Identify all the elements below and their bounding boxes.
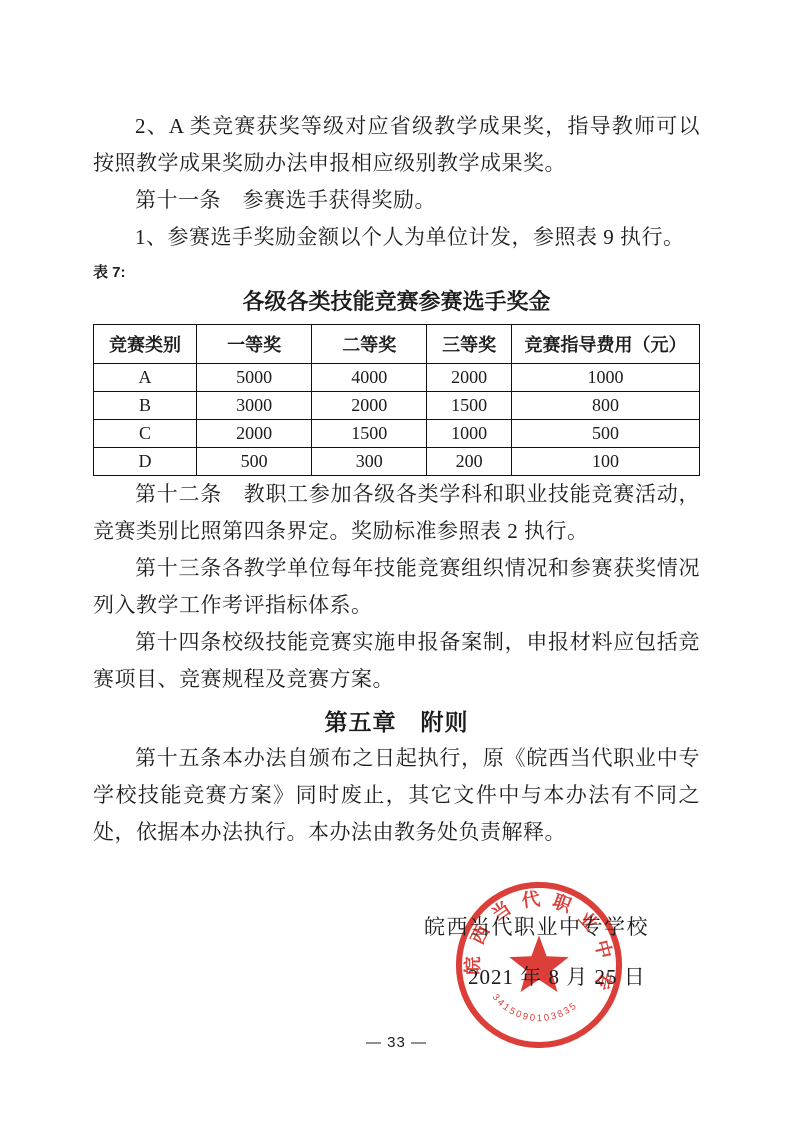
header-first-prize: 一等奖 xyxy=(197,325,312,364)
paragraph-article-14: 第十四条校级技能竞赛实施申报备案制，申报材料应包括竞赛项目、竞赛规程及竞赛方案。 xyxy=(93,624,700,698)
cell: A xyxy=(94,364,197,392)
cell: 1500 xyxy=(312,420,427,448)
table-row: B 3000 2000 1500 800 xyxy=(94,392,700,420)
header-third-prize: 三等奖 xyxy=(427,325,512,364)
table-row: D 500 300 200 100 xyxy=(94,448,700,476)
cell: 5000 xyxy=(197,364,312,392)
cell: 3000 xyxy=(197,392,312,420)
table-label: 表 7: xyxy=(93,262,700,284)
table-title: 各级各类技能竞赛参赛选手奖金 xyxy=(93,286,700,318)
table-row: A 5000 4000 2000 1000 xyxy=(94,364,700,392)
header-second-prize: 二等奖 xyxy=(312,325,427,364)
page-number: — 33 — xyxy=(0,1034,793,1051)
cell: 1000 xyxy=(427,420,512,448)
document-page: 2、A 类竞赛获奖等级对应省级教学成果奖，指导教师可以按照教学成果奖励办法申报相… xyxy=(0,0,793,1122)
cell: 2000 xyxy=(312,392,427,420)
signature-school: 皖西当代职业中专学校 xyxy=(424,912,649,942)
awards-table: 竞赛类别 一等奖 二等奖 三等奖 竞赛指导费用（元） A 5000 4000 2… xyxy=(93,324,700,476)
signature-date: 2021 年 8 月 25 日 xyxy=(468,962,646,992)
cell: 800 xyxy=(512,392,700,420)
seal-serial: 3415090103835 xyxy=(490,992,580,1024)
table-row: C 2000 1500 1000 500 xyxy=(94,420,700,448)
cell: 2000 xyxy=(197,420,312,448)
chapter-heading: 第五章 附则 xyxy=(93,706,700,740)
cell: B xyxy=(94,392,197,420)
paragraph-teacher-award: 2、A 类竞赛获奖等级对应省级教学成果奖，指导教师可以按照教学成果奖励办法申报相… xyxy=(93,108,700,182)
cell: 500 xyxy=(512,420,700,448)
cell: 200 xyxy=(427,448,512,476)
header-guidance-fee: 竞赛指导费用（元） xyxy=(512,325,700,364)
table-header-row: 竞赛类别 一等奖 二等奖 三等奖 竞赛指导费用（元） xyxy=(94,325,700,364)
header-category: 竞赛类别 xyxy=(94,325,197,364)
cell: 2000 xyxy=(427,364,512,392)
paragraph-article-12: 第十二条 教职工参加各级各类学科和职业技能竞赛活动，竞赛类别比照第四条界定。奖励… xyxy=(93,476,700,550)
paragraph-article-15: 第十五条本办法自颁布之日起执行，原《皖西当代职业中专学校技能竞赛方案》同时废止，… xyxy=(93,740,700,851)
document-body: 2、A 类竞赛获奖等级对应省级教学成果奖，指导教师可以按照教学成果奖励办法申报相… xyxy=(93,108,700,851)
cell: 500 xyxy=(197,448,312,476)
cell: D xyxy=(94,448,197,476)
paragraph-player-award: 1、参赛选手奖励金额以个人为单位计发，参照表 9 执行。 xyxy=(93,219,700,256)
cell: C xyxy=(94,420,197,448)
cell: 300 xyxy=(312,448,427,476)
cell: 1000 xyxy=(512,364,700,392)
cell: 100 xyxy=(512,448,700,476)
paragraph-article-13: 第十三条各教学单位每年技能竞赛组织情况和参赛获奖情况列入教学工作考评指标体系。 xyxy=(93,550,700,624)
cell: 1500 xyxy=(427,392,512,420)
paragraph-article-11: 第十一条 参赛选手获得奖励。 xyxy=(93,182,700,219)
cell: 4000 xyxy=(312,364,427,392)
